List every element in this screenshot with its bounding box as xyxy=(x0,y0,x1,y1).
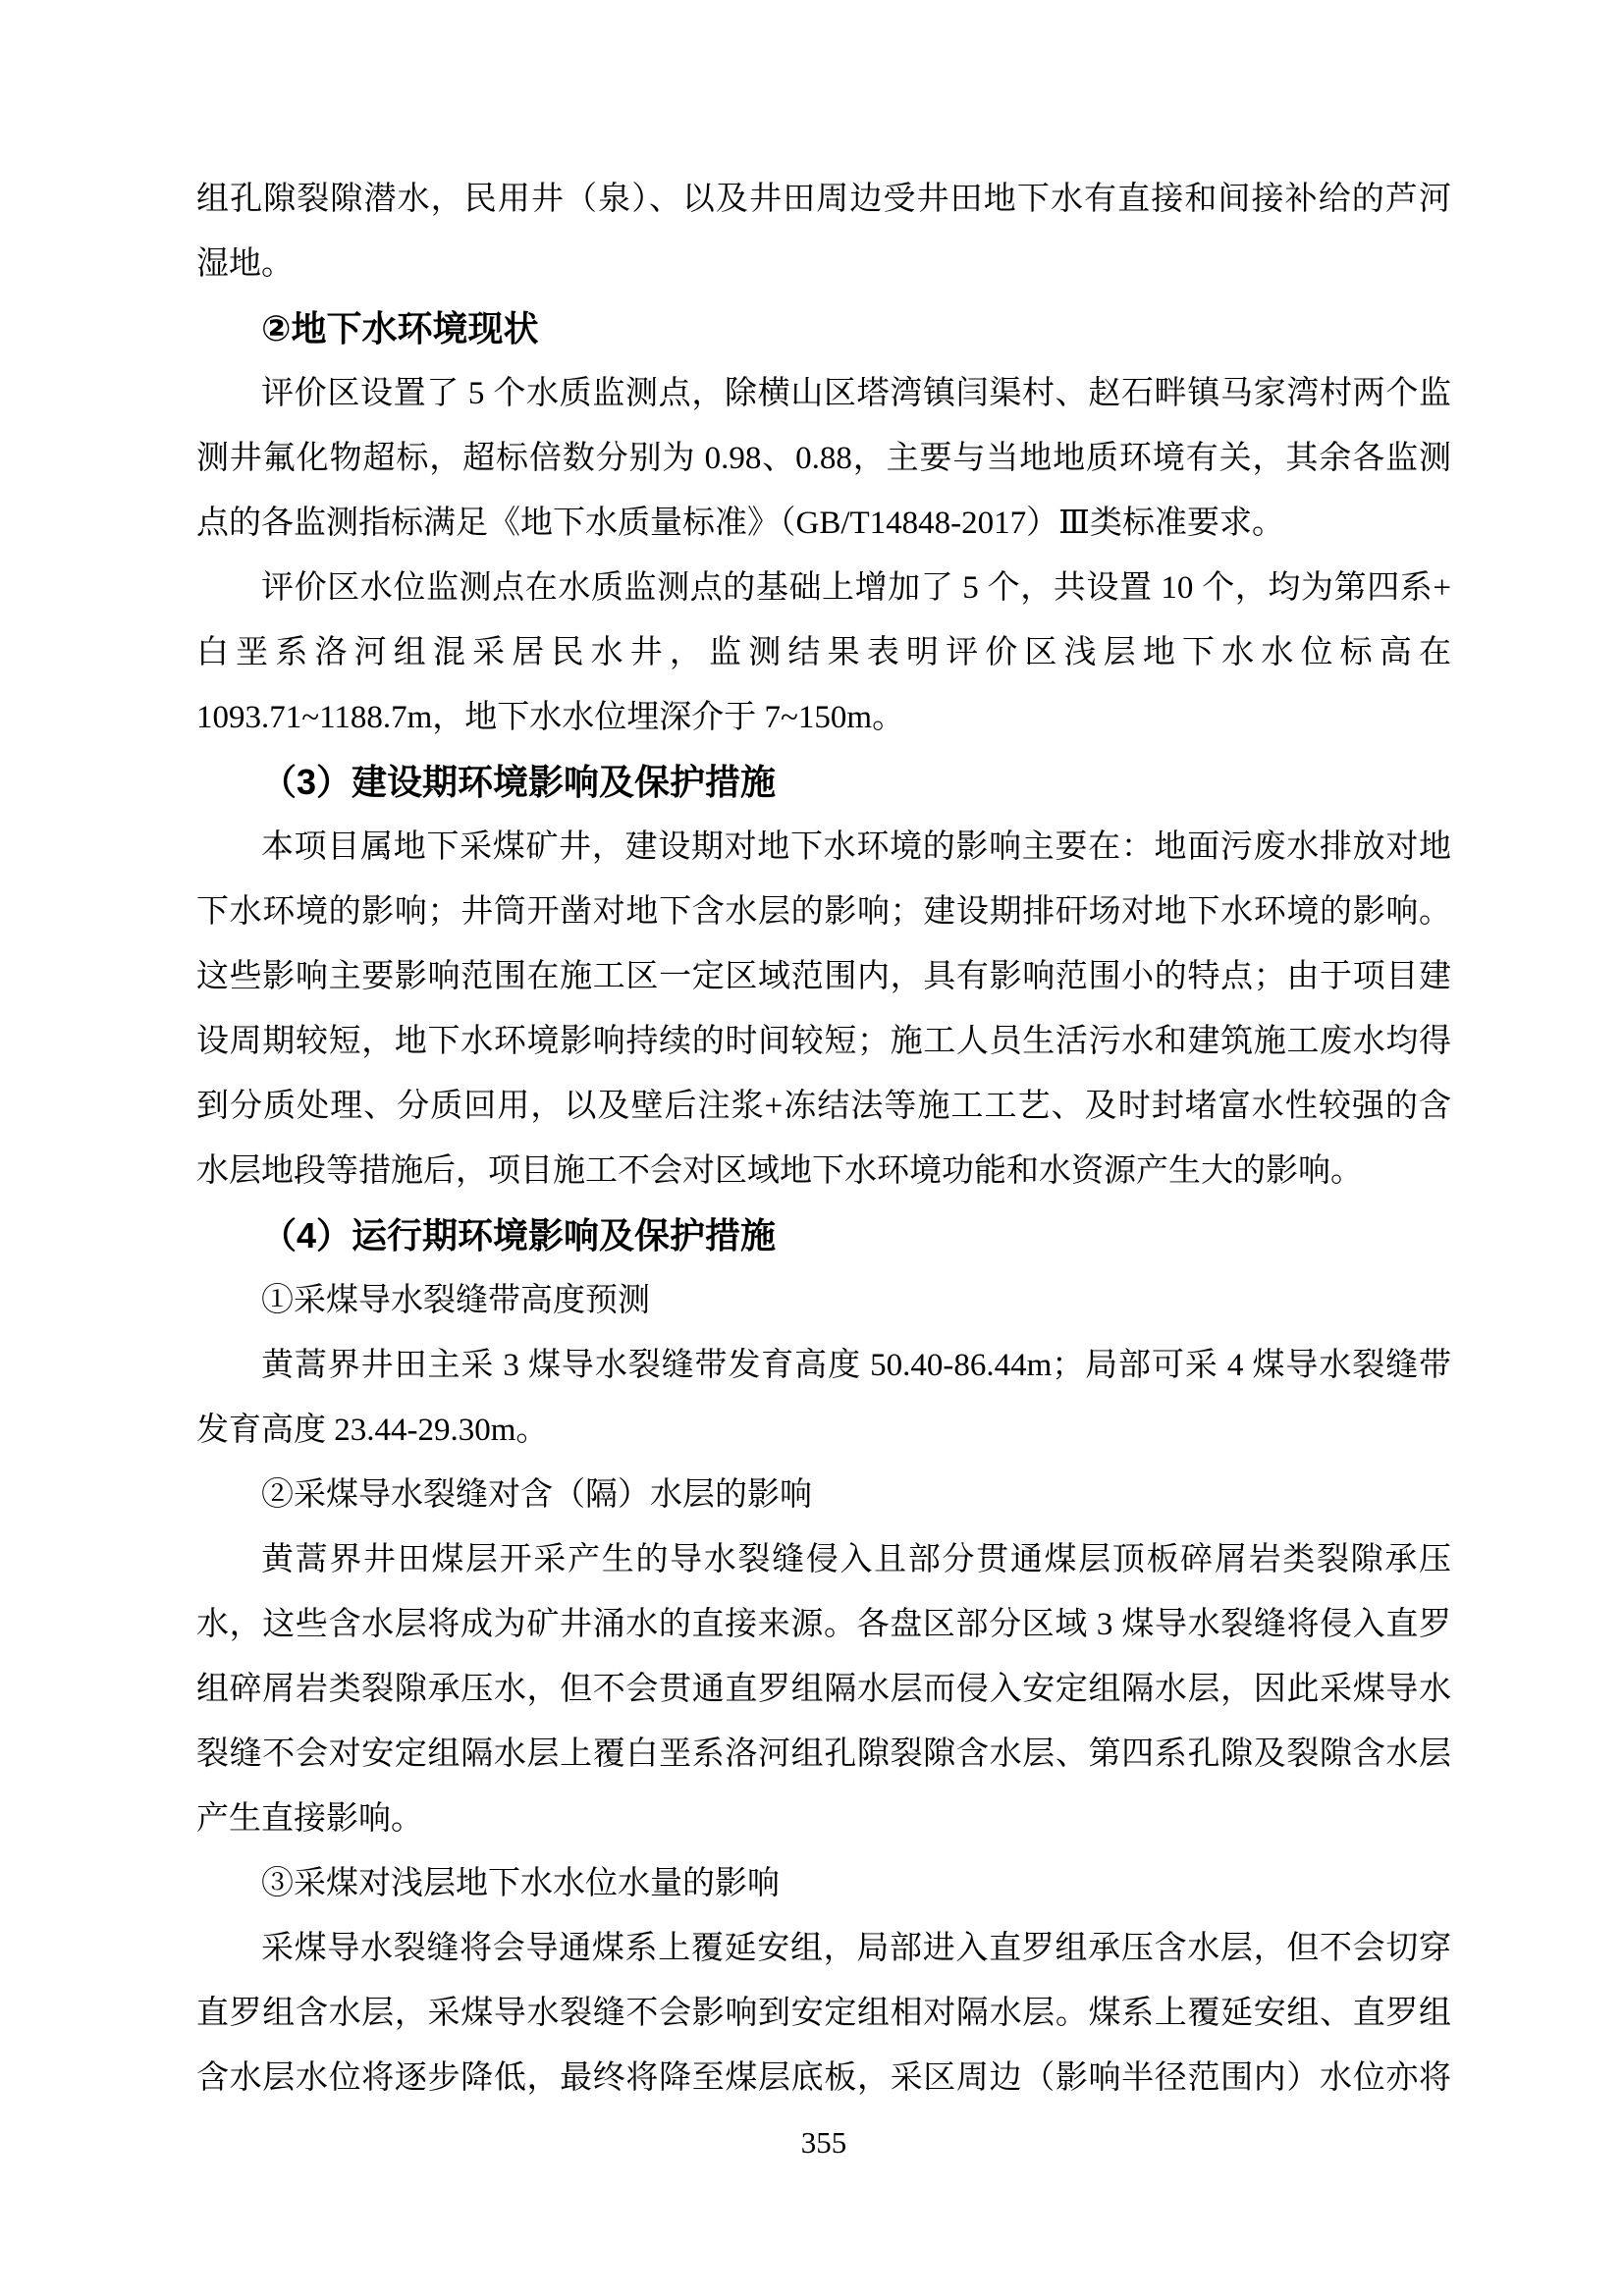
body-line: 这些影响主要影响范围在施工区一定区域范围内，具有影响范围小的特点；由于项目建 xyxy=(196,944,1451,1009)
body-line: 评价区设置了 5 个水质监测点，除横山区塔湾镇闫渠村、赵石畔镇马家湾村两个监 xyxy=(196,361,1451,426)
body-line: 白垩系洛河组混采居民水井，监测结果表明评价区浅层地下水水位标高在 xyxy=(196,620,1451,685)
body-line: 水层地段等措施后，项目施工不会对区域地下水环境功能和水资源产生大的影响。 xyxy=(196,1139,1451,1203)
body-line: 含水层水位将逐步降低，最终将降至煤层底板，采区周边（影响半径范围内）水位亦将 xyxy=(196,2046,1451,2110)
heading-operation-period: （4）运行期环境影响及保护措施 xyxy=(196,1203,1451,1268)
subheading-fracture-height: ①采煤导水裂缝带高度预测 xyxy=(196,1268,1451,1333)
body-line: 湿地。 xyxy=(196,232,1451,296)
page-number: 355 xyxy=(196,2110,1451,2175)
body-line: 测井氟化物超标，超标倍数分别为 0.98、0.88，主要与当地地质环境有关，其余… xyxy=(196,426,1451,491)
body-line: 产生直接影响。 xyxy=(196,1787,1451,1851)
body-line: 组碎屑岩类裂隙承压水，但不会贯通直罗组隔水层而侵入安定组隔水层，因此采煤导水 xyxy=(196,1657,1451,1722)
body-line: 发育高度 23.44-29.30m。 xyxy=(196,1398,1451,1463)
body-line: 直罗组含水层，采煤导水裂缝不会影响到安定组相对隔水层。煤系上覆延安组、直罗组 xyxy=(196,1981,1451,2046)
body-line: 组孔隙裂隙潜水，民用井（泉）、以及井田周边受井田地下水有直接和间接补给的芦河 xyxy=(196,167,1451,232)
body-line: 本项目属地下采煤矿井，建设期对地下水环境的影响主要在：地面污废水排放对地 xyxy=(196,815,1451,880)
subheading-water-level-impact: ③采煤对浅层地下水水位水量的影响 xyxy=(196,1851,1451,1916)
document-body: 组孔隙裂隙潜水，民用井（泉）、以及井田周边受井田地下水有直接和间接补给的芦河 湿… xyxy=(196,167,1451,2110)
body-line: 裂缝不会对安定组隔水层上覆白垩系洛河组孔隙裂隙含水层、第四系孔隙及裂隙含水层 xyxy=(196,1722,1451,1787)
body-line: 黄蒿界井田煤层开采产生的导水裂缝侵入且部分贯通煤层顶板碎屑岩类裂隙承压 xyxy=(196,1527,1451,1592)
body-line: 下水环境的影响；井筒开凿对地下含水层的影响；建设期排矸场对地下水环境的影响。 xyxy=(196,880,1451,944)
document-page: 组孔隙裂隙潜水，民用井（泉）、以及井田周边受井田地下水有直接和间接补给的芦河 湿… xyxy=(0,0,1624,2296)
body-line: 评价区水位监测点在水质监测点的基础上增加了 5 个，共设置 10 个，均为第四系… xyxy=(196,556,1451,620)
body-line: 采煤导水裂缝将会导通煤系上覆延安组，局部进入直罗组承压含水层，但不会切穿 xyxy=(196,1916,1451,1981)
body-line: 点的各监测指标满足《地下水质量标准》（GB/T14848-2017）Ⅲ类标准要求… xyxy=(196,491,1451,556)
heading-groundwater-status: ②地下水环境现状 xyxy=(196,296,1451,361)
subheading-aquifer-impact: ②采煤导水裂缝对含（隔）水层的影响 xyxy=(196,1463,1451,1527)
body-line: 1093.71~1188.7m，地下水水位埋深介于 7~150m。 xyxy=(196,685,1451,750)
body-line: 黄蒿界井田主采 3 煤导水裂缝带发育高度 50.40-86.44m；局部可采 4… xyxy=(196,1333,1451,1398)
body-line: 水，这些含水层将成为矿井涌水的直接来源。各盘区部分区域 3 煤导水裂缝将侵入直罗 xyxy=(196,1592,1451,1657)
body-line: 设周期较短，地下水环境影响持续的时间较短；施工人员生活污水和建筑施工废水均得 xyxy=(196,1009,1451,1074)
body-line: 到分质处理、分质回用，以及壁后注浆+冻结法等施工工艺、及时封堵富水性较强的含 xyxy=(196,1074,1451,1139)
heading-construction-period: （3）建设期环境影响及保护措施 xyxy=(196,750,1451,815)
